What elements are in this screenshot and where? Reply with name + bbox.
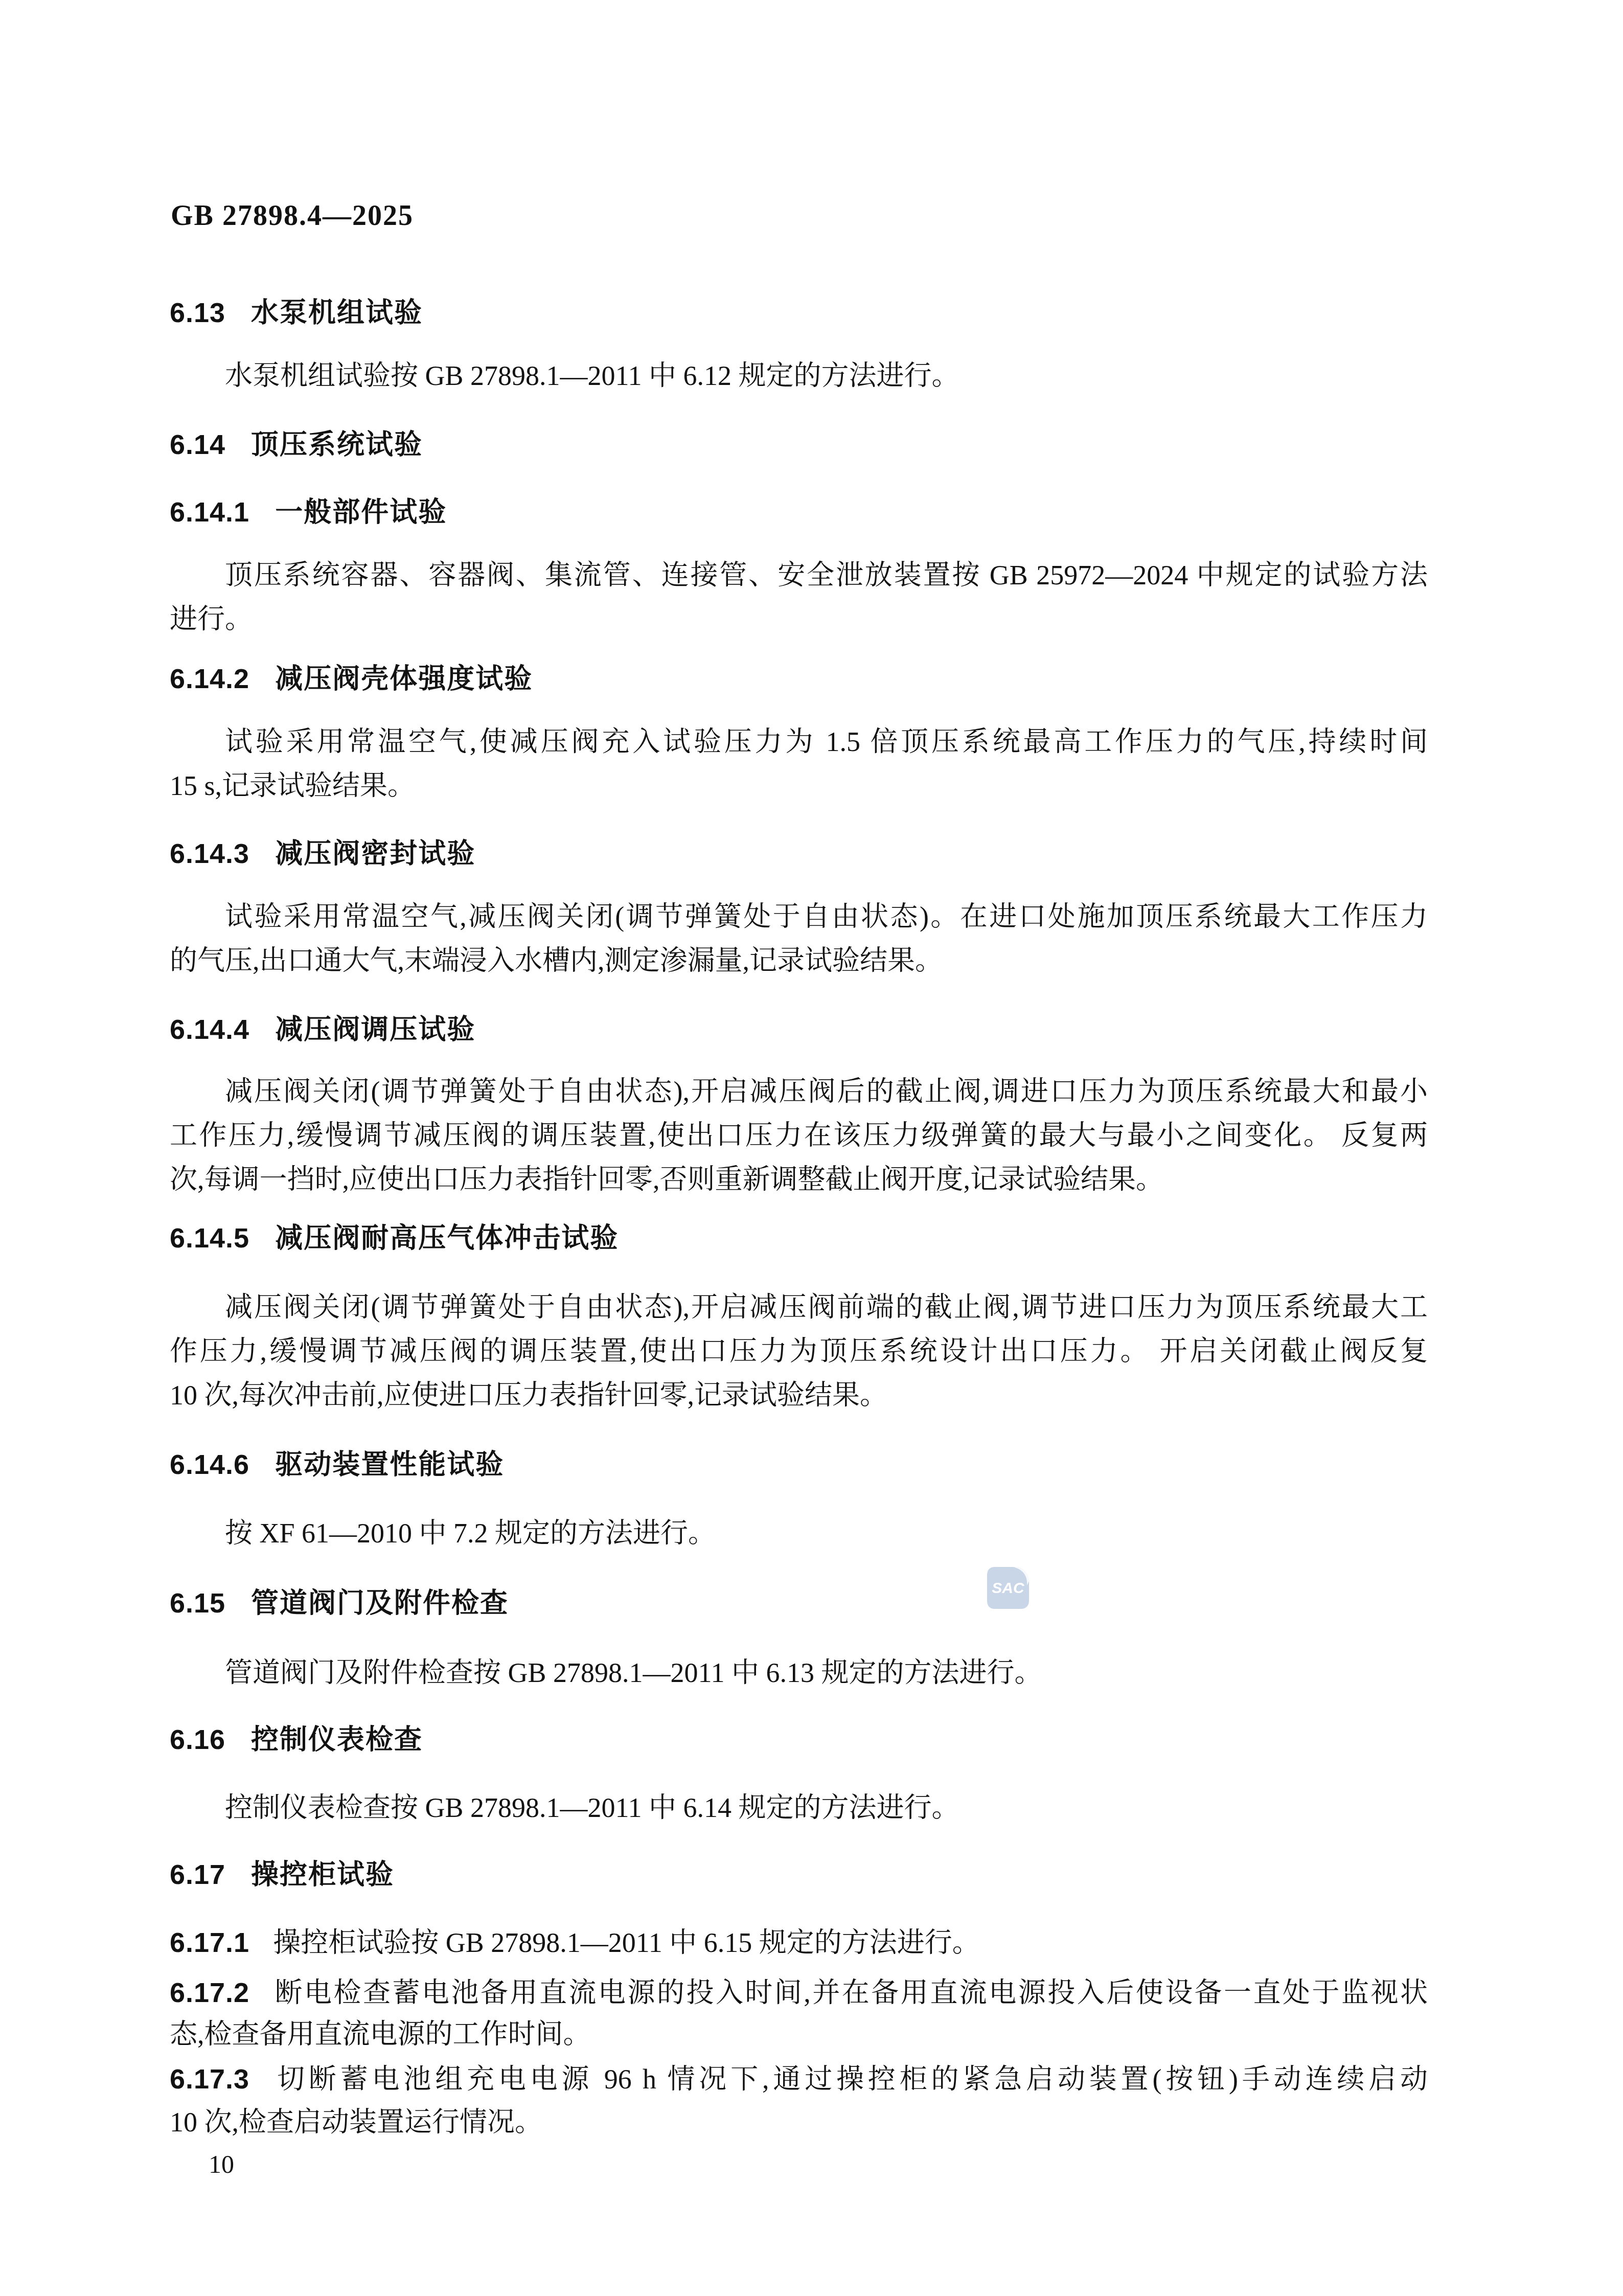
paragraph-line: 作压力,缓慢调节减压阀的调压装置,使出口压力为顶压系统设计出口压力。 开启关闭截…	[170, 1335, 1428, 1367]
section-title: 管道阀门及附件检查	[251, 1588, 509, 1619]
section-title: 减压阀密封试验	[275, 838, 475, 869]
clause-text: 断电检查蓄电池备用直流电源的投入时间,并在备用直流电源投入后使设备一直处于监视状	[273, 1977, 1428, 2008]
clause-6-17-1: 6.17.1操控柜试验按 GB 27898.1—2011 中 6.15 规定的方…	[170, 1927, 1428, 1959]
clause-text: 切断蓄电池组充电电源 96 h 情况下,通过操控柜的紧急启动装置(按钮)手动连续…	[273, 2064, 1428, 2095]
section-heading-6-14-5: 6.14.5减压阀耐高压气体冲击试验	[170, 1223, 619, 1254]
paragraph-line: 的气压,出口通大气,末端浸入水槽内,测定渗漏量,记录试验结果。	[170, 945, 1428, 976]
paragraph-line: 水泵机组试验按 GB 27898.1—2011 中 6.12 规定的方法进行。	[170, 360, 1428, 392]
paragraph-line: 进行。	[170, 603, 1428, 635]
section-number: 6.14.3	[170, 838, 249, 869]
section-heading-6-16: 6.16控制仪表检查	[170, 1724, 423, 1755]
section-number: 6.13	[170, 298, 225, 328]
clause-number: 6.17.3	[170, 2064, 249, 2095]
paragraph-line: 顶压系统容器、容器阀、集流管、连接管、安全泄放装置按 GB 25972—2024…	[170, 559, 1428, 591]
paragraph-line: 管道阀门及附件检查按 GB 27898.1—2011 中 6.13 规定的方法进…	[170, 1657, 1428, 1689]
section-number: 6.14.5	[170, 1223, 249, 1254]
section-number: 6.14	[170, 429, 225, 460]
paragraph-line: 15 s,记录试验结果。	[170, 770, 1428, 802]
paragraph-line: 10 次,每次冲击前,应使进口压力表指针回零,记录试验结果。	[170, 1379, 1428, 1411]
paragraph-line: 减压阀关闭(调节弹簧处于自由状态),开启减压阀前端的截止阀,调节进口压力为顶压系…	[170, 1291, 1428, 1323]
standard-code-header: GB 27898.4—2025	[171, 199, 414, 232]
section-title: 水泵机组试验	[251, 298, 423, 328]
paragraph-line: 按 XF 61—2010 中 7.2 规定的方法进行。	[170, 1517, 1428, 1549]
paragraph-line: 试验采用常温空气,使减压阀充入试验压力为 1.5 倍顶压系统最高工作压力的气压,…	[170, 726, 1428, 758]
section-title: 减压阀调压试验	[275, 1014, 475, 1045]
section-number: 6.14.4	[170, 1014, 249, 1045]
sac-logo-text: SAC	[992, 1580, 1025, 1597]
page-number: 10	[209, 2149, 234, 2179]
section-title: 顶压系统试验	[251, 429, 423, 460]
section-heading-6-14-3: 6.14.3减压阀密封试验	[170, 838, 475, 869]
section-number: 6.15	[170, 1588, 225, 1619]
section-heading-6-13: 6.13水泵机组试验	[170, 298, 423, 328]
section-title: 控制仪表检查	[251, 1724, 423, 1755]
sac-watermark-icon: SAC	[987, 1566, 1030, 1609]
section-heading-6-17: 6.17操控柜试验	[170, 1859, 394, 1890]
clause-text: 操控柜试验按 GB 27898.1—2011 中 6.15 规定的方法进行。	[273, 1927, 980, 1958]
section-heading-6-14-6: 6.14.6驱动装置性能试验	[170, 1449, 504, 1480]
section-heading-6-14-1: 6.14.1一般部件试验	[170, 497, 447, 528]
section-number: 6.14.1	[170, 497, 249, 528]
paragraph-line: 态,检查备用直流电源的工作时间。	[170, 2018, 1428, 2050]
section-number: 6.16	[170, 1724, 225, 1755]
section-heading-6-14: 6.14顶压系统试验	[170, 429, 423, 460]
clause-6-17-2: 6.17.2断电检查蓄电池备用直流电源的投入时间,并在备用直流电源投入后使设备一…	[170, 1977, 1428, 2009]
section-title: 减压阀壳体强度试验	[275, 664, 533, 694]
clause-number: 6.17.1	[170, 1927, 249, 1958]
section-title: 一般部件试验	[275, 497, 447, 528]
section-number: 6.14.6	[170, 1449, 249, 1480]
clause-number: 6.17.2	[170, 1977, 249, 2008]
paragraph-line: 工作压力,缓慢调节减压阀的调压装置,使出口压力在该压力级弹簧的最大与最小之间变化…	[170, 1120, 1428, 1151]
paragraph-line: 试验采用常温空气,减压阀关闭(调节弹簧处于自由状态)。在进口处施加顶压系统最大工…	[170, 901, 1428, 933]
paragraph-line: 次,每调一挡时,应使出口压力表指针回零,否则重新调整截止阀开度,记录试验结果。	[170, 1164, 1428, 1195]
clause-6-17-3: 6.17.3切断蓄电池组充电电源 96 h 情况下,通过操控柜的紧急启动装置(按…	[170, 2063, 1428, 2095]
section-heading-6-15: 6.15管道阀门及附件检查	[170, 1588, 509, 1619]
section-title: 驱动装置性能试验	[275, 1449, 504, 1480]
section-number: 6.17	[170, 1859, 225, 1890]
section-heading-6-14-2: 6.14.2减压阀壳体强度试验	[170, 664, 533, 694]
section-number: 6.14.2	[170, 664, 249, 694]
section-title: 操控柜试验	[251, 1859, 394, 1890]
section-heading-6-14-4: 6.14.4减压阀调压试验	[170, 1014, 475, 1045]
paragraph-line: 10 次,检查启动装置运行情况。	[170, 2106, 1428, 2138]
section-title: 减压阀耐高压气体冲击试验	[275, 1223, 619, 1254]
paragraph-line: 控制仪表检查按 GB 27898.1—2011 中 6.14 规定的方法进行。	[170, 1792, 1428, 1824]
paragraph-line: 减压阀关闭(调节弹簧处于自由状态),开启减压阀后的截止阀,调进口压力为顶压系统最…	[170, 1076, 1428, 1107]
